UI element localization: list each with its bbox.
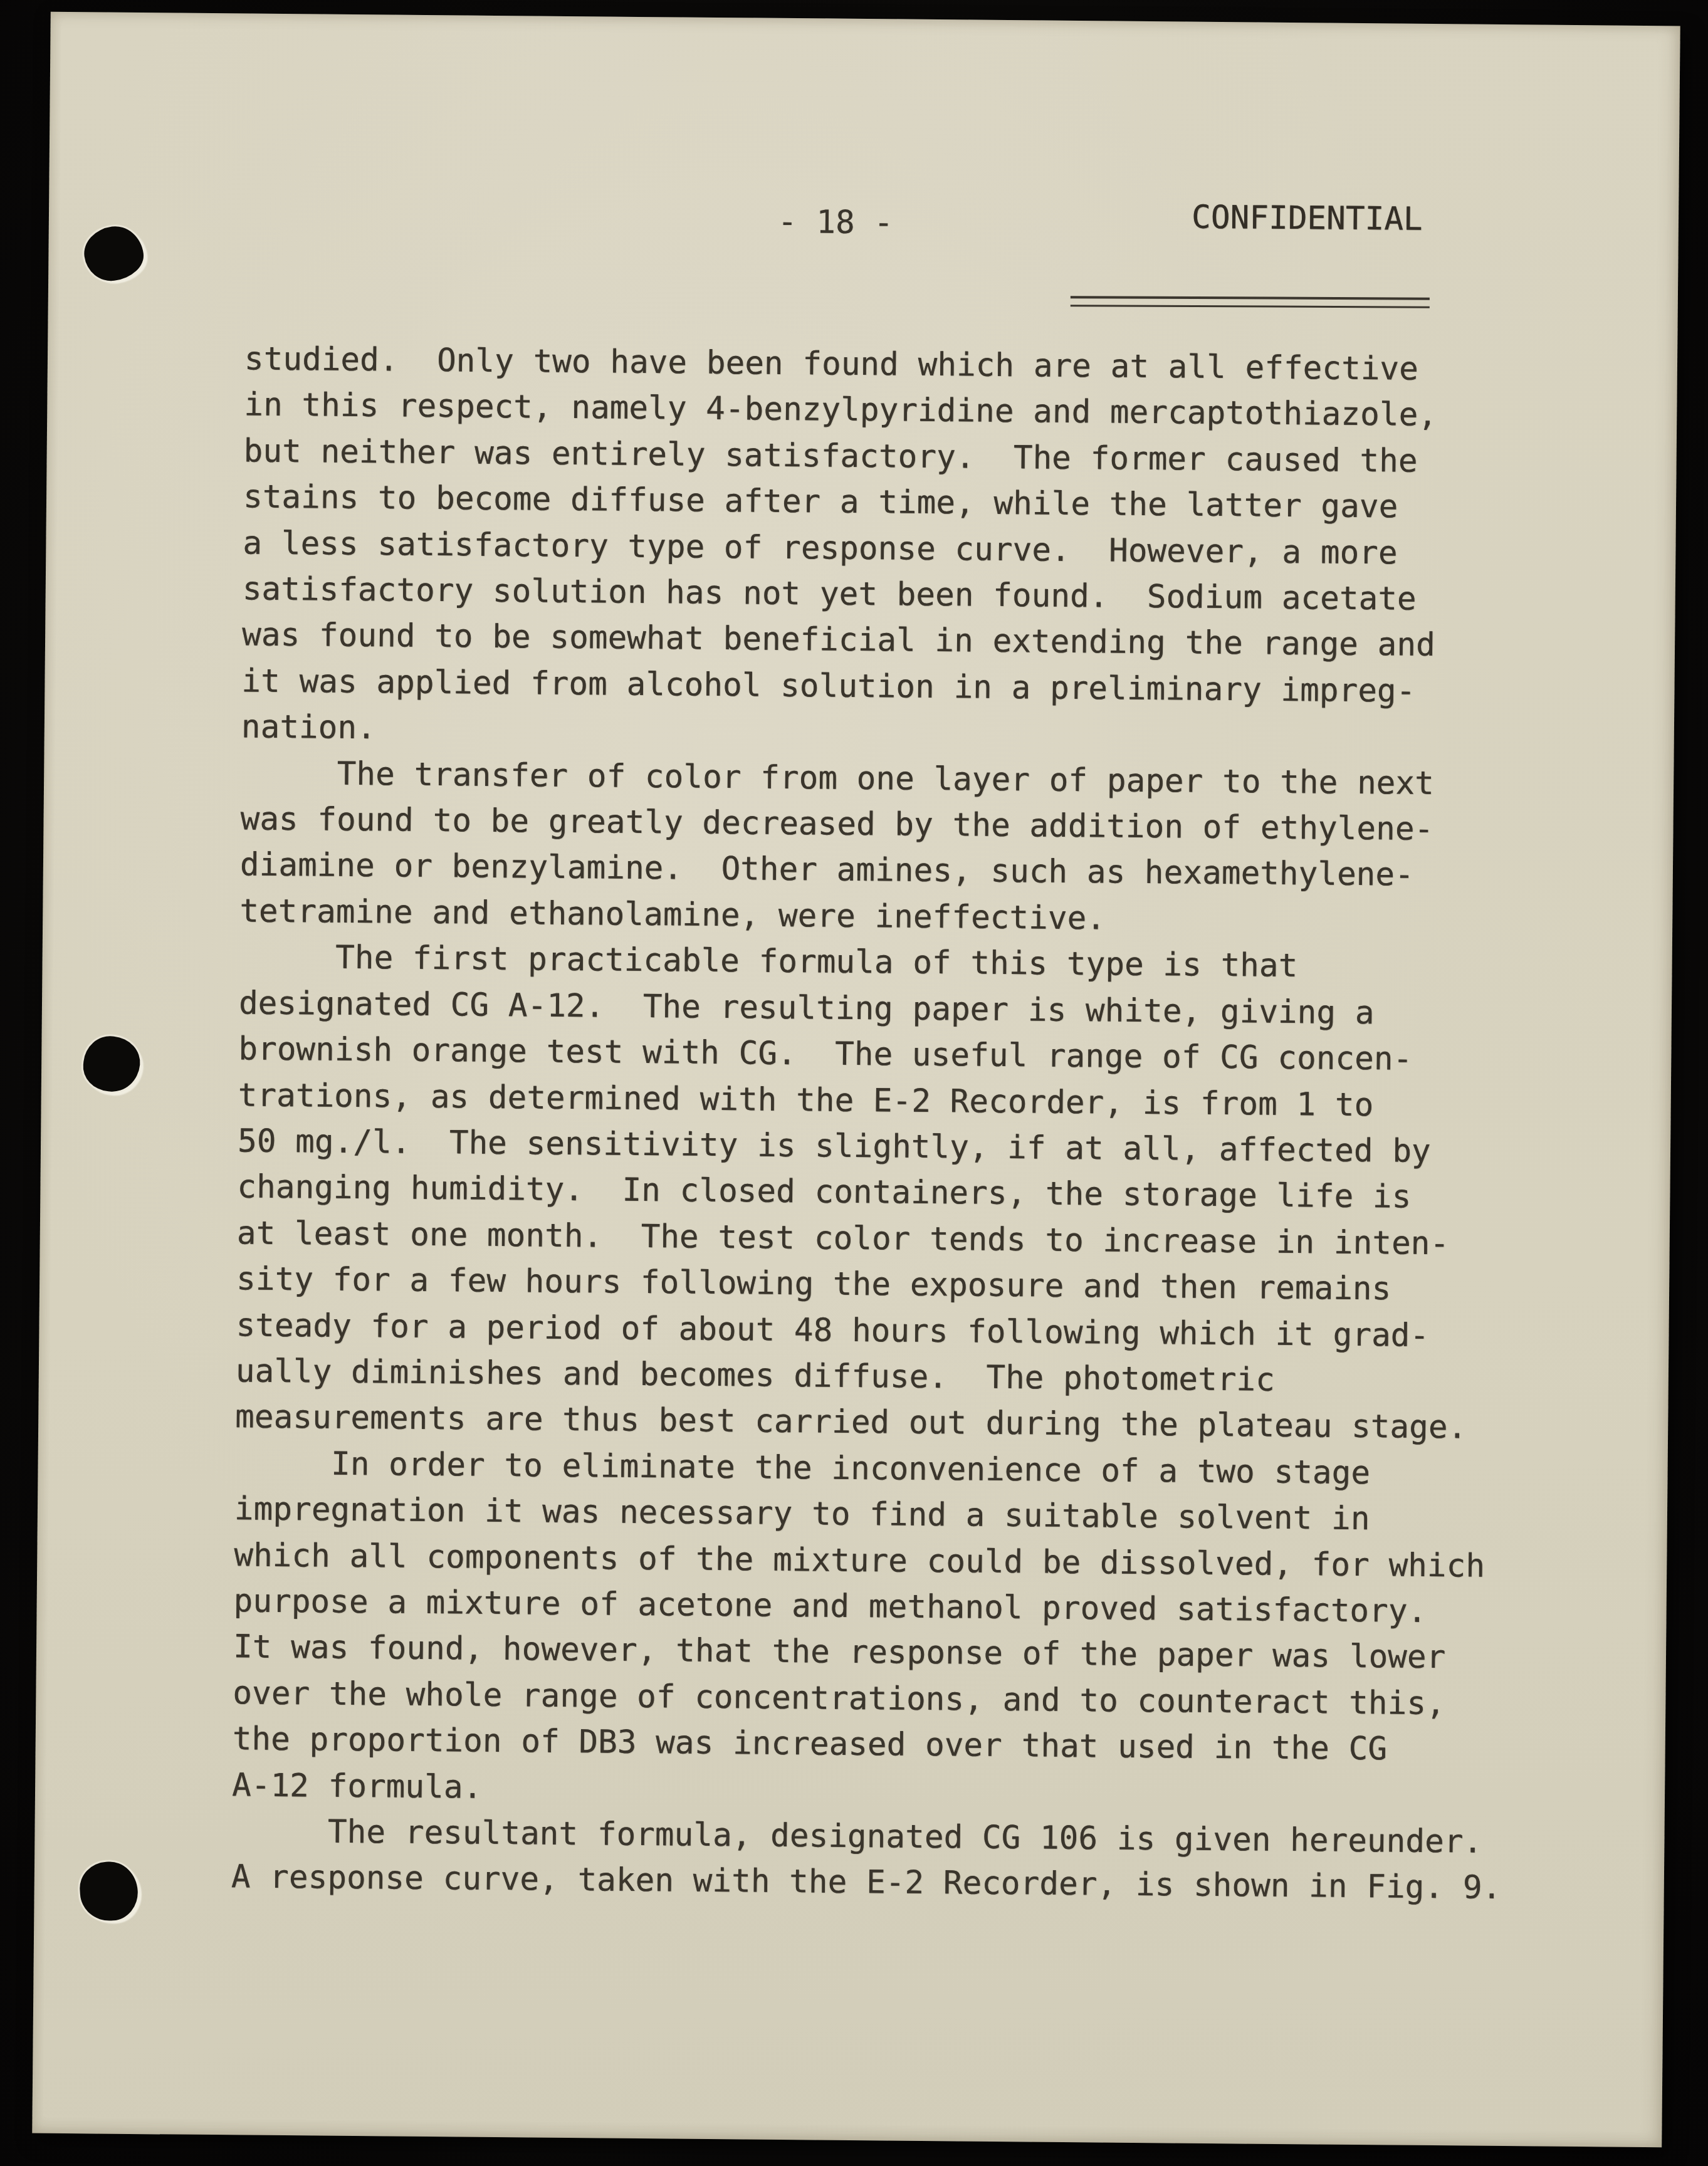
classification-stamp: CONFIDENTIAL bbox=[1076, 169, 1423, 300]
scan-backdrop: CONFIDENTIAL - 18 - studied. Only two ha… bbox=[0, 0, 1708, 2166]
classification-underline bbox=[1071, 296, 1430, 308]
classification-text: CONFIDENTIAL bbox=[1192, 199, 1423, 238]
punch-hole-bottom bbox=[78, 1860, 140, 1922]
document-page: CONFIDENTIAL - 18 - studied. Only two ha… bbox=[32, 12, 1680, 2148]
document-body: studied. Only two have been found which … bbox=[231, 336, 1515, 1911]
page-number: - 18 - bbox=[778, 206, 894, 239]
punch-hole-middle bbox=[81, 1034, 142, 1094]
punch-hole-top bbox=[81, 223, 146, 285]
